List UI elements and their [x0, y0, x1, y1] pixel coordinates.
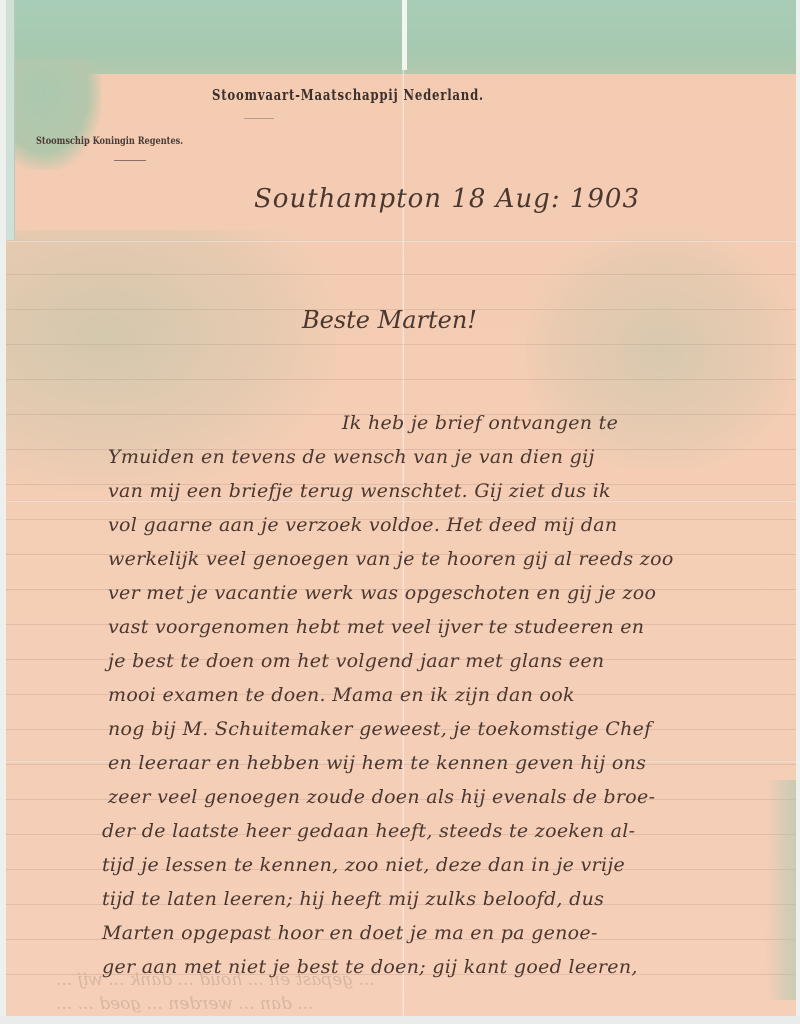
body-line: en leeraar en hebben wij hem te kennen g… — [108, 752, 646, 774]
green-stain-right-edge — [766, 780, 796, 1000]
body-line: Ymuiden en tevens de wensch van je van d… — [108, 446, 595, 468]
body-line: mooi examen te doen. Mama en ik zijn dan… — [108, 684, 575, 706]
green-stain-left — [6, 60, 101, 170]
paper-left-edge — [6, 0, 15, 240]
body-line: Marten opgepast hoor en doet je ma en pa… — [102, 922, 598, 944]
letter-sheet: Stoomvaart-Maatschappij Nederland. Stoom… — [6, 0, 796, 1016]
bleed-through-line: ... dan ... werden ... goed ... ... — [56, 994, 314, 1014]
body-line: je best te doen om het volgend jaar met … — [108, 650, 604, 672]
dateline: Southampton 18 Aug: 1903 — [254, 184, 640, 214]
body-line: der de laatste heer gedaan heeft, steeds… — [102, 820, 635, 842]
letterhead-ship: Stoomschip Koningin Regentes. — [36, 136, 183, 147]
body-line: ver met je vacantie werk was opgeschoten… — [108, 582, 656, 604]
body-line: tijd je lessen te kennen, zoo niet, deze… — [102, 854, 625, 876]
green-stain-middle-right — [526, 230, 796, 470]
body-line: van mij een briefje terug wenschtet. Gij… — [108, 480, 611, 502]
bleed-through-line: ... gepast en ... houd ... dank ... wij … — [56, 970, 375, 990]
body-line: vast voorgenomen hebt met veel ijver te … — [108, 616, 644, 638]
fold-tear — [402, 0, 407, 70]
ship-rule — [114, 160, 146, 161]
letterhead-rule — [244, 118, 274, 119]
green-stain-top — [6, 0, 796, 74]
horizontal-fold-1 — [6, 240, 796, 242]
scanner-background — [0, 1016, 800, 1024]
body-line: zeer veel genoegen zoude doen als hij ev… — [108, 786, 655, 808]
salutation: Beste Marten! — [302, 306, 477, 334]
body-line: vol gaarne aan je verzoek voldoe. Het de… — [108, 514, 617, 536]
body-line: werkelijk veel genoegen van je te hooren… — [108, 548, 674, 570]
body-line: nog bij M. Schuitemaker geweest, je toek… — [108, 718, 652, 740]
body-line: Ik heb je brief ontvangen te — [342, 412, 618, 434]
body-line: tijd te laten leeren; hij heeft mij zulk… — [102, 888, 604, 910]
letterhead-company: Stoomvaart-Maatschappij Nederland. — [212, 86, 484, 104]
